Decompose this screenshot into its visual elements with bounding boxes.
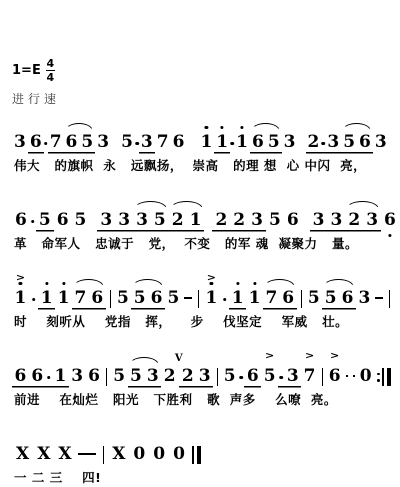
note-7: 7 (72, 288, 89, 308)
slur-arc (346, 201, 379, 209)
note-6: 6 (29, 366, 46, 386)
barline (198, 290, 199, 308)
note-5: 5 (72, 210, 90, 230)
dash-line (375, 297, 382, 299)
thick-bar (387, 368, 392, 386)
note-6: 6 (64, 132, 80, 152)
dot-glyph (239, 376, 243, 380)
dash-note (186, 132, 190, 152)
breath-mark-glyph: V (175, 354, 183, 364)
note-1: 1 (38, 288, 55, 308)
note-7: 7 (263, 288, 280, 308)
note-6: 6 (280, 288, 297, 308)
note-1: 1 (214, 132, 230, 152)
score-lines: 367653537611165323563伟大 的旗帜 永 远飘扬， 崇高 的理… (12, 117, 394, 486)
slur-arc (134, 201, 167, 209)
dash-line (184, 297, 191, 299)
octave-dot-high (253, 282, 256, 285)
note-2: 2 (345, 210, 363, 230)
dash-note (373, 288, 385, 308)
note-3: 3 (69, 366, 86, 386)
slur-arc (323, 279, 354, 287)
note-3: 3 (12, 132, 28, 152)
note-5: 5 (266, 210, 284, 230)
barline (301, 290, 302, 308)
note-1: 1 (55, 288, 72, 308)
note-3: 3 (133, 210, 151, 230)
note-3: 3 (248, 210, 266, 230)
octave-dot-high (62, 282, 65, 285)
note-3: 3 (95, 132, 111, 152)
repeat-dots (377, 373, 380, 382)
note-1: 1 (234, 132, 250, 152)
note-2: 2 (179, 366, 196, 386)
thin-bar (382, 368, 384, 386)
repeat-barline (377, 368, 391, 386)
note-3: 3 (310, 210, 328, 230)
note-5: 5 (341, 132, 357, 152)
note-5: 5> (261, 366, 278, 386)
barline (103, 446, 105, 464)
dash-note (343, 366, 350, 386)
note-6: 6 (12, 210, 30, 230)
note-1: 1> (203, 288, 220, 308)
dash-line (78, 453, 96, 455)
note-6: 6 (381, 210, 399, 230)
note-6: 6 (86, 366, 103, 386)
octave-dot-high (236, 282, 239, 285)
note-1: 1 (229, 288, 246, 308)
lyrics-row: 前进 在灿烂 阳光 下胜利 歌 声多 么嘹 亮。 (12, 390, 394, 408)
note-6: 6 (28, 132, 44, 152)
note-1: 1 (187, 210, 205, 230)
note-3: 3 (363, 210, 381, 230)
lyrics-row: 时 刻听从 党指 挥， 步 伐坚定 军威 壮。 (12, 312, 394, 330)
lyrics-row: 伟大 的旗帜 永 远飘扬， 崇高 的理 想 心 中闪 亮， (12, 156, 394, 174)
note-5: 5 (128, 366, 145, 386)
rest-note: 0 (129, 444, 149, 464)
slur-arc (170, 201, 203, 209)
notes-row: 65653335212235633236 (12, 195, 394, 230)
note-3: 3 (97, 210, 115, 230)
note-6: 6 (54, 210, 72, 230)
score-header: 1=E 4 4 进行速 (12, 58, 394, 107)
dot-glyph (31, 220, 35, 224)
note-3: 3 (284, 366, 301, 386)
dot-glyph (279, 376, 283, 380)
octave-dot-high (221, 126, 224, 129)
key-signature: 1=E (12, 63, 41, 78)
slur-arc (132, 279, 163, 287)
slur-arc (251, 123, 280, 131)
music-line: 1>117655651>11765563时 刻听从 党指 挥， 步 伐坚定 军威… (12, 273, 394, 330)
rest-note: 0 (149, 444, 169, 464)
dash-note (389, 132, 393, 152)
music-line: 661365532V23565>37>6>0前进 在灿烂 阳光 下胜利 歌 声多… (12, 351, 394, 408)
note-2: 2 (306, 132, 322, 152)
note-5: 5 (305, 288, 322, 308)
notes-row: XXXX000 (12, 429, 394, 464)
clap-note: X (33, 444, 54, 464)
notes-row: 367653537611165323563 (12, 117, 394, 152)
note-6: 6 (357, 132, 373, 152)
note-5: 5 (36, 210, 54, 230)
rest-note: 0 (169, 444, 189, 464)
accent-mark: > (330, 351, 339, 360)
note-6: 6 (148, 288, 165, 308)
lyrics-row: 一 二 三 四! (12, 468, 394, 486)
note-7: 7 (48, 132, 64, 152)
note-5: 5 (114, 288, 131, 308)
note-7: 7 (155, 132, 171, 152)
clap-note: X (108, 444, 129, 464)
accent-mark: > (265, 351, 274, 360)
music-line: 65653335212235633236革 命军人 忠诚于 党， 不变 的军 魂… (12, 195, 394, 252)
note-3: 3 (196, 366, 213, 386)
note-3: 3 (139, 132, 155, 152)
note-1: 1 (198, 132, 214, 152)
note-7: 7> (301, 366, 318, 386)
music-line: 367653537611165323563伟大 的旗帜 永 远飘扬， 崇高 的理… (12, 117, 394, 174)
dash-note (350, 366, 357, 386)
note-1: 1> (12, 288, 29, 308)
barline (110, 290, 111, 308)
clap-note: X (54, 444, 75, 464)
note-3: 3 (282, 132, 298, 152)
octave-dot-high (45, 282, 48, 285)
duration-dot (220, 288, 229, 308)
note-6: 6 (89, 288, 106, 308)
notes-row: 1>117655651>11765563 (12, 273, 394, 308)
note-1: 1 (52, 366, 69, 386)
note-6: 6 (339, 288, 356, 308)
thin-bar (192, 446, 195, 464)
slur-arc (73, 279, 104, 287)
time-signature: 4 4 (46, 58, 55, 83)
note-6: 6 (171, 132, 187, 152)
music-line: XXXX000一 二 三 四! (12, 429, 394, 486)
duration-dot (29, 288, 38, 308)
accent-mark: > (305, 351, 314, 360)
note-6: 6 (250, 132, 266, 152)
note-6: 6 (244, 366, 261, 386)
note-5: 5 (266, 132, 282, 152)
note-2: 2 (212, 210, 230, 230)
octave-dot-high (240, 126, 243, 129)
note-1: 1 (246, 288, 263, 308)
clap-note: X (12, 444, 33, 464)
note-5: 5 (151, 210, 169, 230)
dash-line (353, 375, 355, 377)
accent-mark: > (207, 273, 216, 282)
dot-glyph (223, 298, 227, 302)
final-barline (192, 446, 202, 464)
note-5: 5 (221, 366, 238, 386)
note-3: 3 (325, 132, 341, 152)
dot-glyph (32, 298, 36, 302)
note-5: 5 (79, 132, 95, 152)
note-5: 5 (131, 288, 148, 308)
note-3: 3 (328, 210, 346, 230)
note-2: 2 (161, 366, 178, 386)
accent-mark: > (16, 273, 25, 282)
slur-arc (129, 357, 159, 365)
slur-arc (342, 123, 371, 131)
key-and-meter: 1=E 4 4 (12, 58, 394, 83)
lyrics-row: 革 命军人 忠诚于 党， 不变 的军 魂 凝聚力 量。 (12, 234, 394, 252)
note-2: 2 (169, 210, 187, 230)
dash-note (182, 288, 194, 308)
note-6: 6> (326, 366, 343, 386)
note-2: 2 (230, 210, 248, 230)
note-5: 5 (322, 288, 339, 308)
meter-denominator: 4 (47, 72, 55, 83)
dash-note (76, 444, 99, 464)
notes-row: 661365532V23565>37>6>0 (12, 351, 394, 386)
note-5: 5 (119, 132, 135, 152)
thick-bar (197, 446, 202, 464)
note-3: 3 (115, 210, 133, 230)
meter-numerator: 4 (47, 58, 55, 69)
rest-note: 0 (357, 366, 374, 386)
note-6: 6 (12, 366, 29, 386)
sheet-music-page: 1=E 4 4 进行速 367653537611165323563伟大 的旗帜 … (0, 0, 400, 487)
dot-glyph (47, 376, 51, 380)
note-5: 5 (111, 366, 128, 386)
tempo-marking: 进行速 (12, 90, 394, 107)
slur-arc (65, 123, 93, 131)
note-6: 6 (284, 210, 302, 230)
barline (389, 290, 390, 308)
dash-line (346, 375, 348, 377)
note-5: 5 (165, 288, 182, 308)
octave-dot-high (205, 126, 208, 129)
note-3: 3 (356, 288, 373, 308)
note-3: 3 (373, 132, 389, 152)
slur-arc (264, 279, 295, 287)
note-3: 3 (144, 366, 161, 386)
